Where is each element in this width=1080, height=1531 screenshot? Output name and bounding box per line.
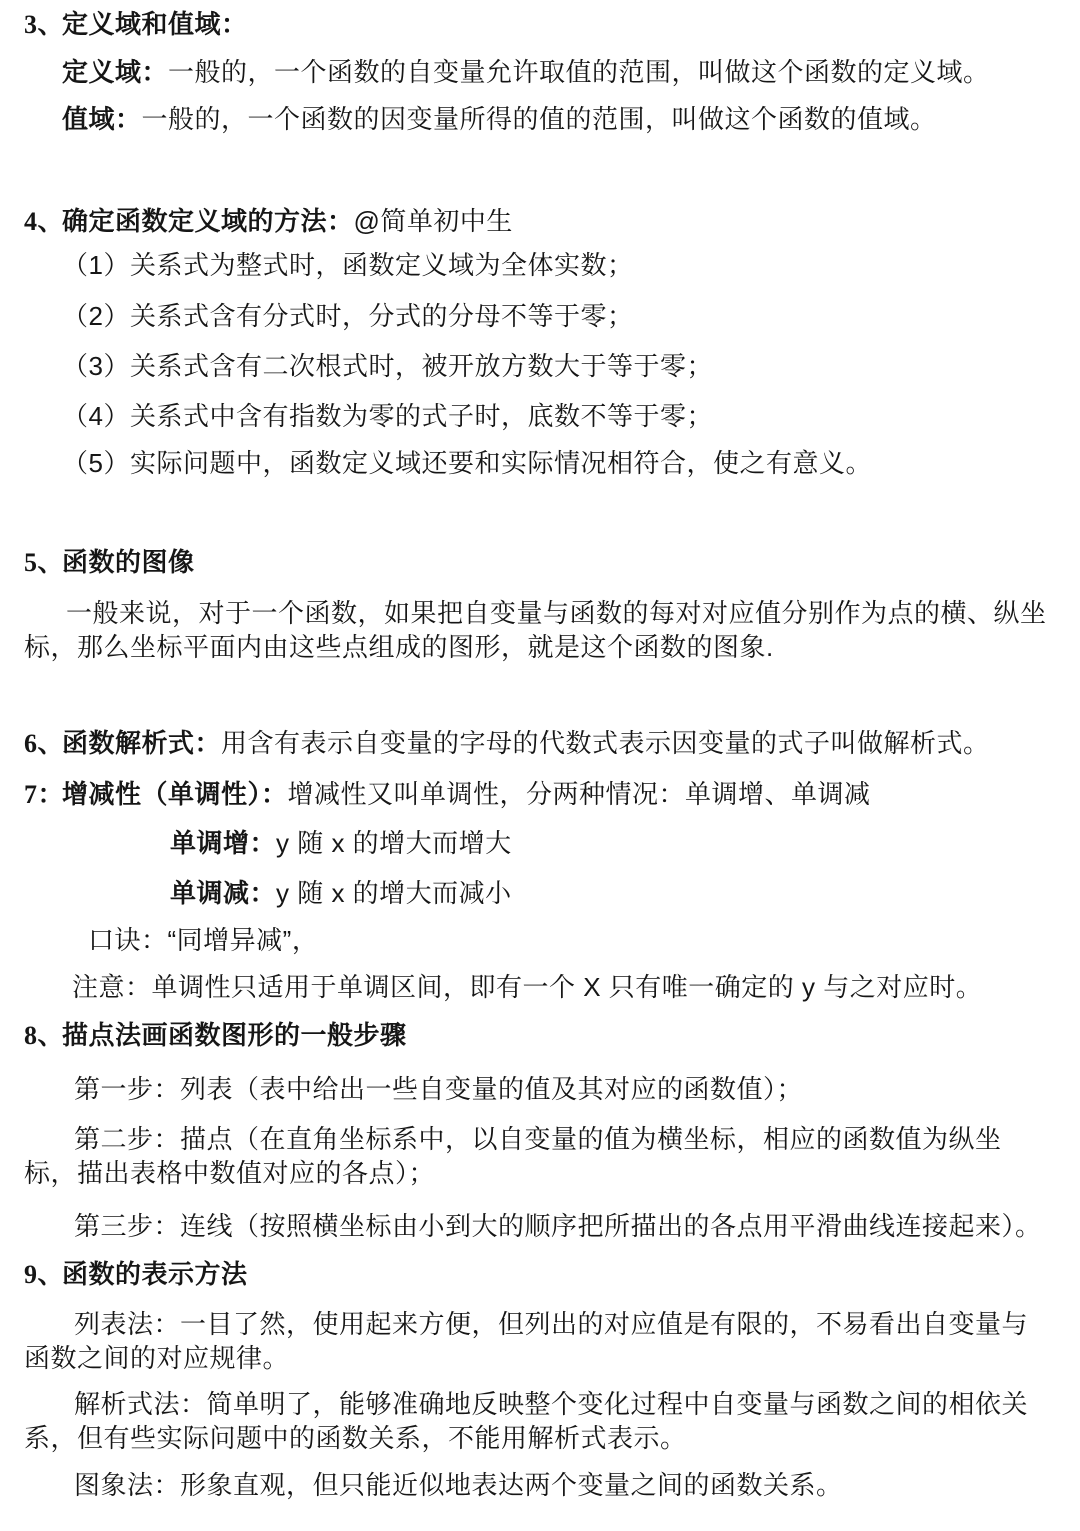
section-6-title: 函数解析式： <box>62 728 221 758</box>
step-paragraph: 第二步：描点（在直角坐标系中，以自变量的值为横坐标，相应的函数值为纵坐标，描出表… <box>24 1122 1054 1190</box>
step-paragraph: 第一步：列表（表中给出一些自变量的值及其对应的函数值）； <box>24 1072 1054 1106</box>
notes-document: 3、定义域和值域： 定义域：一般的，一个函数的自变量允许取值的范围，叫做这个函数… <box>0 0 1080 1531</box>
section-7-title: 增减性（单调性）： <box>62 779 288 809</box>
range-label: 值域： <box>62 104 142 134</box>
domain-text: 一般的，一个函数的自变量允许取值的范围，叫做这个函数的定义域。 <box>168 57 990 87</box>
list-item: （5）实际问题中，函数定义域还要和实际情况相符合，使之有意义。 <box>24 446 1054 480</box>
section-6-number: 6、 <box>24 727 62 761</box>
section-9-number: 9、 <box>24 1258 62 1292</box>
section-3-number: 3、 <box>24 8 62 42</box>
method-paragraph: 列表法：一目了然，使用起来方便，但列出的对应值是有限的，不易看出自变量与函数之间… <box>24 1307 1054 1375</box>
section-9-heading: 9、函数的表示方法 <box>24 1257 1054 1292</box>
note-line: 注意：单调性只适用于单调区间，即有一个 X 只有唯一确定的 y 与之对应时。 <box>72 970 1054 1004</box>
section-5-title: 函数的图像 <box>62 547 195 577</box>
section-4-title: 确定函数定义域的方法： <box>62 206 354 236</box>
section-6-text: 用含有表示自变量的字母的代数式表示因变量的式子叫做解析式。 <box>221 728 990 758</box>
list-item: （2）关系式含有分式时，分式的分母不等于零； <box>24 299 1054 333</box>
section-8-heading: 8、描点法画函数图形的一般步骤 <box>24 1018 1054 1053</box>
decrease-label: 单调减： <box>170 878 276 908</box>
list-item: （4）关系式中含有指数为零的式子时，底数不等于零； <box>24 399 1054 433</box>
section-8-title: 描点法画函数图形的一般步骤 <box>62 1020 407 1050</box>
section-9-title: 函数的表示方法 <box>62 1259 248 1289</box>
section-7-number: 7： <box>24 778 62 812</box>
graph-description-paragraph: 一般来说，对于一个函数，如果把自变量与函数的每对对应值分别作为点的横、纵坐标，那… <box>24 596 1054 664</box>
method-paragraph: 图象法：形象直观，但只能近似地表达两个变量之间的函数关系。 <box>24 1468 1054 1502</box>
section-7-text: 增减性又叫单调性，分两种情况：单调增、单调减 <box>288 779 871 809</box>
section-7-heading: 7：增减性（单调性）：增减性又叫单调性，分两种情况：单调增、单调减 <box>24 777 1054 812</box>
method-paragraph: 解析式法：简单明了，能够准确地反映整个变化过程中自变量与函数之间的相依关系，但有… <box>24 1387 1054 1455</box>
list-item: （1）关系式为整式时，函数定义域为全体实数； <box>24 248 1054 282</box>
increase-label: 单调增： <box>170 828 276 858</box>
domain-definition-line: 定义域：一般的，一个函数的自变量允许取值的范围，叫做这个函数的定义域。 <box>24 55 1054 89</box>
monotonic-decrease-line: 单调减：y 随 x 的增大而减小 <box>170 876 1054 910</box>
section-5-heading: 5、函数的图像 <box>24 545 1054 580</box>
section-4-title-suffix: @简单初中生 <box>354 206 513 236</box>
decrease-text: y 随 x 的增大而减小 <box>276 878 512 908</box>
section-4-heading: 4、确定函数定义域的方法：@简单初中生 <box>24 204 1054 239</box>
monotonic-increase-line: 单调增：y 随 x 的增大而增大 <box>170 826 1054 860</box>
section-3-title: 定义域和值域： <box>62 9 248 39</box>
section-4-number: 4、 <box>24 205 62 239</box>
range-text: 一般的，一个函数的因变量所得的值的范围，叫做这个函数的值域。 <box>142 104 937 134</box>
mnemonic-line: 口诀：“同增异减”， <box>88 923 1054 957</box>
section-3-heading: 3、定义域和值域： <box>24 7 1054 42</box>
list-item: （3）关系式含有二次根式时，被开放方数大于等于零； <box>24 349 1054 383</box>
domain-label: 定义域： <box>62 57 168 87</box>
increase-text: y 随 x 的增大而增大 <box>276 828 512 858</box>
section-6-heading: 6、函数解析式：用含有表示自变量的字母的代数式表示因变量的式子叫做解析式。 <box>24 726 1054 761</box>
step-paragraph: 第三步：连线（按照横坐标由小到大的顺序把所描出的各点用平滑曲线连接起来）。 <box>24 1209 1054 1243</box>
section-5-number: 5、 <box>24 546 62 580</box>
section-8-number: 8、 <box>24 1019 62 1053</box>
range-definition-line: 值域：一般的，一个函数的因变量所得的值的范围，叫做这个函数的值域。 <box>24 102 1054 136</box>
